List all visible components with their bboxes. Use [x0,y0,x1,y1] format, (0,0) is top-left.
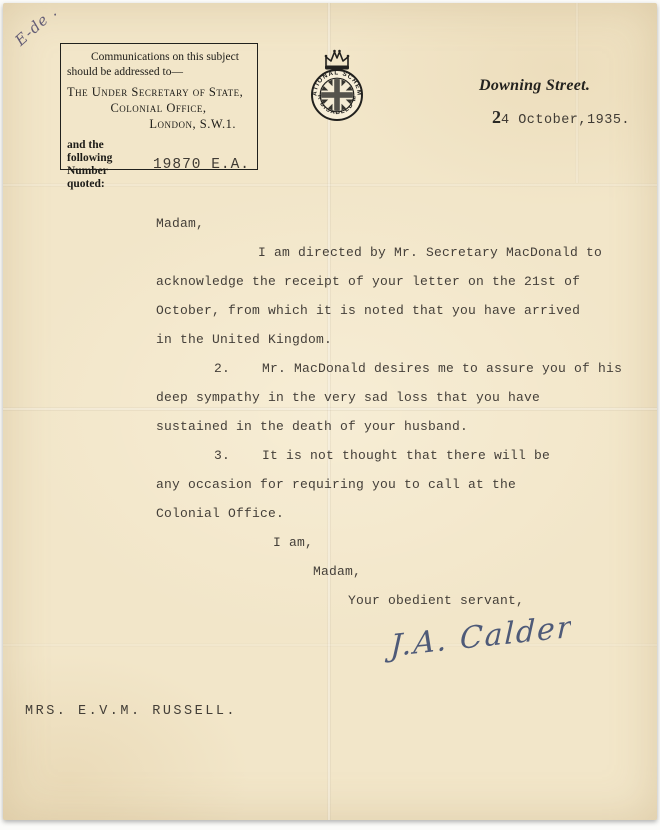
reference-number-row: and the following Number quoted: 19870 E… [67,139,250,191]
reference-number-value: 19870 E.A. [153,156,250,175]
reference-number-label-line1: and the following [67,139,145,165]
date-typed-part: 4 October,1935. [501,113,630,128]
letterhead-address-box: Communications on this subject should be… [60,43,258,170]
pencil-annotation: E-de . [11,2,60,49]
body-line: any occasion for requiring you to call a… [156,470,636,499]
place-line: Downing Street. [479,77,590,95]
body-line: Colonial Office. [156,499,636,528]
address-box-addressee: The Under Secretary of State, [67,84,250,100]
national-scheme-for-disabled-men-badge-icon: NATIONAL SCHEME FOR DISABLED MEN [304,47,370,131]
body-line: 3. It is not thought that there will be [214,441,636,470]
salutation: Madam, [156,209,636,238]
letter-paper: E-de . Communications on this subject sh… [3,3,657,820]
body-line: sustained in the death of your husband. [156,412,636,441]
address-box-line2: should be addressed to— [67,65,250,80]
body-line: 2. Mr. MacDonald desires me to assure yo… [214,354,636,383]
date-stamped-digit: 2 [492,107,501,127]
signature-block: J.A. Calder [381,601,571,673]
body-line: deep sympathy in the very sad loss that … [156,383,636,412]
address-box-city: London, S.W.1. [67,116,250,132]
signature-text: J.A. Calder [384,610,571,665]
reference-number-label: and the following Number quoted: [67,139,145,191]
body-line: in the United Kingdom. [156,325,636,354]
body-line: October, from which it is noted that you… [156,296,636,325]
closing-line: I am, [273,528,636,557]
address-box-line1: Communications on this subject [67,50,250,65]
closing-line: Madam, [313,557,636,586]
scan-background: E-de . Communications on this subject sh… [0,0,660,830]
reference-number-label-line2: Number quoted: [67,165,145,191]
date-line: 24 October,1935. [492,107,630,128]
body-line: acknowledge the receipt of your letter o… [156,267,636,296]
recipient-name: MRS. E.V.M. RUSSELL. [25,704,237,719]
crown-icon [325,50,350,70]
body-line: I am directed by Mr. Secretary MacDonald… [258,238,636,267]
address-box-office: Colonial Office, [67,100,250,116]
letter-body: Madam, I am directed by Mr. Secretary Ma… [156,209,636,615]
